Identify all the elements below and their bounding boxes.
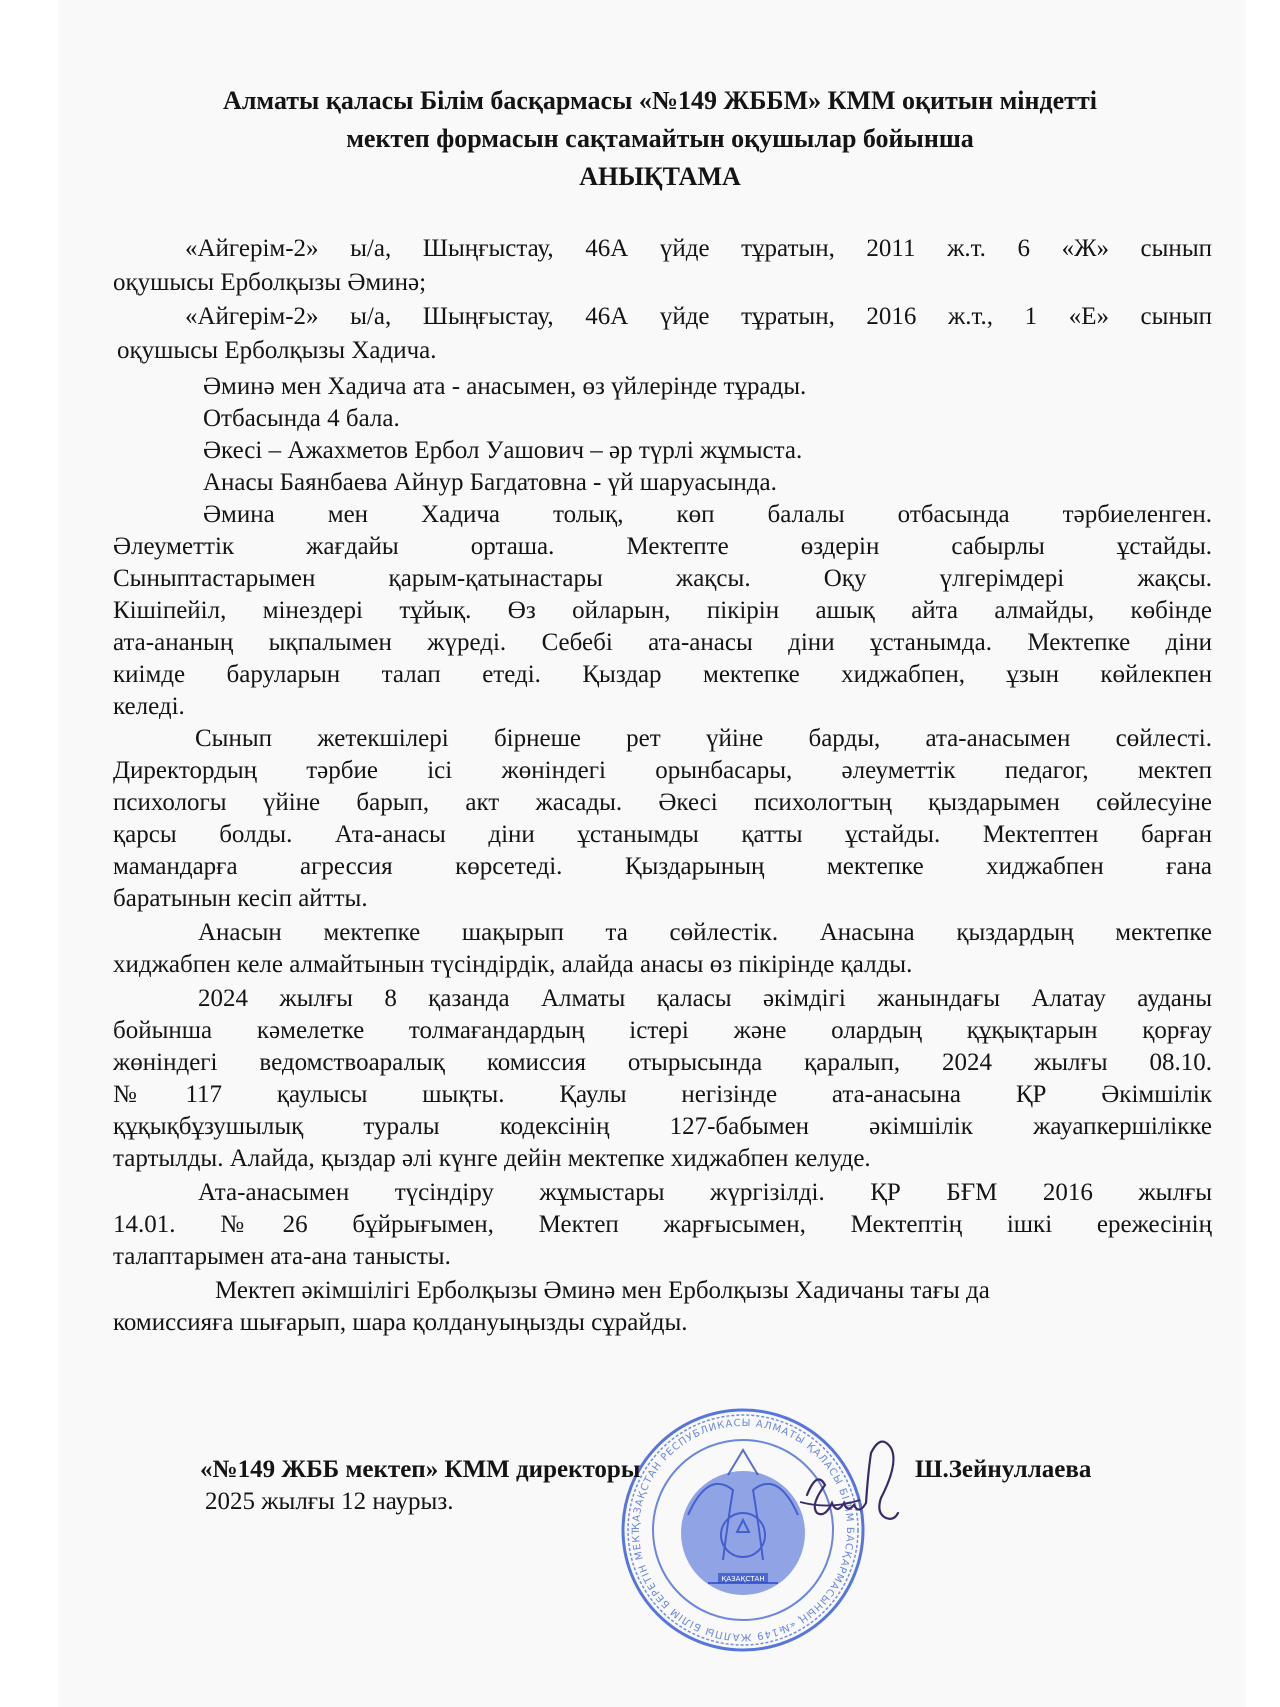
document-title-line-2: мектеп формасын сақтамайтын оқушылар бой… — [100, 124, 1220, 154]
body-line: Мектеп әкімшілігі Ерболқызы Әминә мен Ер… — [215, 1276, 990, 1306]
body-line: келеді. — [113, 692, 185, 722]
document-date: 2025 жылғы 12 наурыз. — [205, 1487, 453, 1517]
body-line: бойынша кәмелетке толмағандардың істері … — [113, 1016, 1212, 1046]
body-line: Директордың тәрбие ісі жөніндегі орынбас… — [113, 756, 1212, 786]
body-line: ата-ананың ықпалымен жүреді. Себебі ата-… — [113, 628, 1212, 658]
svg-text:ҚАЗАҚСТАН: ҚАЗАҚСТАН — [721, 1575, 764, 1583]
body-line: «Айгерім-2» ы/а, Шыңғыстау, 46А үйде тұр… — [185, 302, 1212, 332]
body-line: тартылды. Алайда, қыздар әлі күнге дейін… — [113, 1144, 871, 1174]
body-line: Анасын мектепке шақырып та сөйлестік. Ан… — [198, 918, 1212, 948]
body-line: Әлеуметтік жағдайы орташа. Мектепте өзде… — [113, 532, 1212, 562]
body-line: Әкесі – Ажахметов Ербол Уашович – әр түр… — [203, 436, 802, 466]
document-title-heading: АНЫҚТАМА — [100, 162, 1220, 192]
body-line: талаптарымен ата-ана танысты. — [113, 1242, 451, 1272]
body-line: оқушысы Ерболқызы Әминә; — [113, 268, 426, 298]
document-title-line-1: Алматы қаласы Білім басқармасы «№149 ЖББ… — [100, 86, 1220, 116]
signatory-name: Ш.Зейнуллаева — [915, 1455, 1091, 1485]
body-line: 14.01. №26 бұйрығымен, Мектеп жарғысымен… — [113, 1210, 1212, 1240]
body-line: оқушысы Ерболқызы Хадича. — [117, 336, 437, 366]
handwritten-signature-icon — [795, 1440, 925, 1530]
body-line: «Айгерім-2» ы/а, Шыңғыстау, 46А үйде тұр… — [185, 234, 1212, 264]
body-line: Әминә мен Хадича ата - анасымен, өз үйле… — [203, 372, 806, 402]
body-line: Сынып жетекшілері бірнеше рет үйіне бард… — [195, 724, 1212, 754]
body-line: Анасы Баянбаева Айнур Багдатовна - үй ша… — [203, 468, 777, 498]
body-line: баратынын кесіп айтты. — [113, 884, 368, 914]
body-line: 2024 жылғы 8 қазанда Алматы қаласы әкімд… — [198, 984, 1212, 1014]
body-line: психологы үйіне барып, акт жасады. Әкесі… — [113, 788, 1212, 818]
body-line: комиссияға шығарып, шара қолдануыңызды с… — [113, 1308, 688, 1338]
body-line: Отбасында 4 бала. — [203, 404, 400, 434]
certificate-document: Алматы қаласы Білім басқармасы «№149 ЖББ… — [0, 0, 1280, 1707]
body-line: Сыныптастарымен қарым-қатынастары жақсы.… — [113, 564, 1212, 594]
body-line: №117 қаулысы шықты. Қаулы негізінде ата-… — [113, 1080, 1212, 1110]
body-line: хиджабпен келе алмайтынын түсіндірдік, а… — [113, 950, 912, 980]
signatory-position: «№149 ЖББ мектеп» КММ директоры — [200, 1455, 640, 1485]
body-line: Ата-анасымен түсіндіру жұмыстары жүргізі… — [198, 1178, 1212, 1208]
body-line: Әмина мен Хадича толық, көп балалы отбас… — [203, 500, 1212, 530]
body-line: қарсы болды. Ата-анасы діни ұстанымды қа… — [113, 820, 1212, 850]
body-line: киімде баруларын талап етеді. Қыздар мек… — [113, 660, 1212, 690]
body-line: құқықбұзушылық туралы кодексінің 127-баб… — [113, 1112, 1212, 1142]
body-line: Кішіпейіл, мінездері тұйық. Өз ойларын, … — [113, 596, 1212, 626]
body-line: жөніндегі ведомствоаралық комиссия отыры… — [113, 1048, 1212, 1078]
body-line: мамандарға агрессия көрсетеді. Қыздарыны… — [113, 852, 1212, 882]
